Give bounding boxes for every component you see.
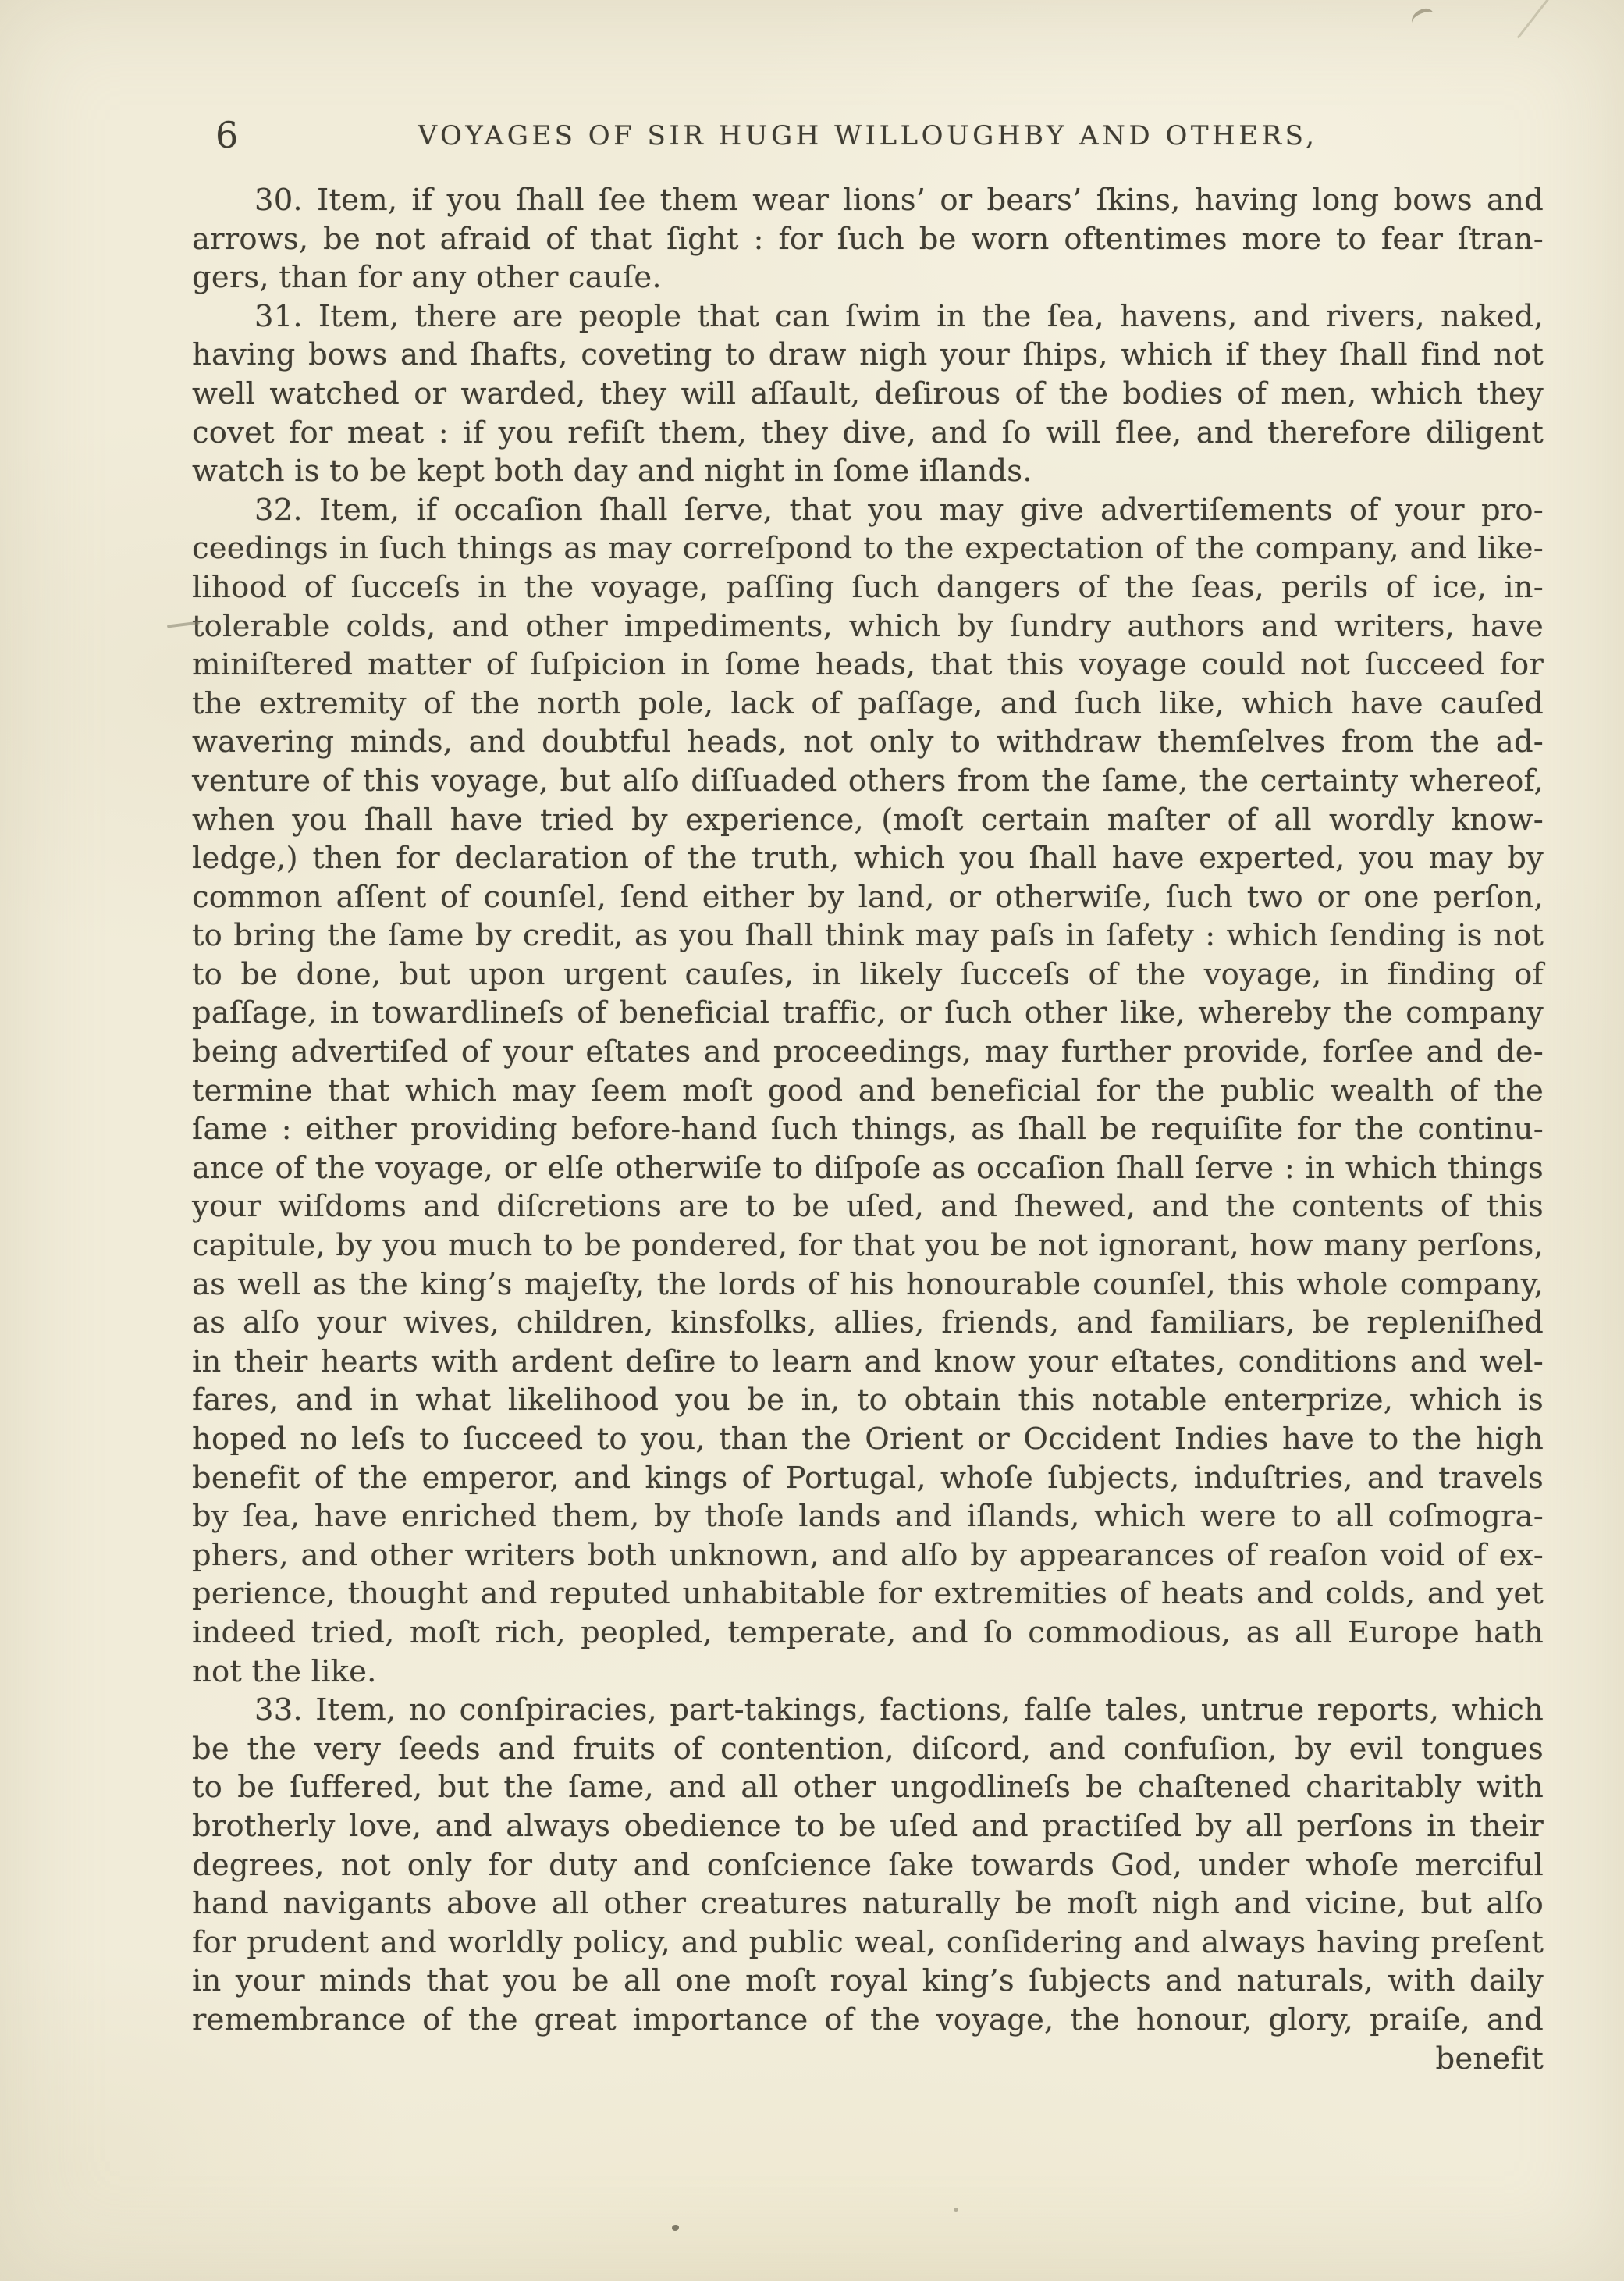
running-header: VOYAGES OF SIR HUGH WILLOUGHBY AND OTHER… [192, 114, 1544, 158]
text-line: for prudent and worldly policy, and publ… [192, 1923, 1544, 1963]
text-line: brotherly love, and always obedience to … [192, 1807, 1544, 1846]
text-line: phers, and other writers both unknown, a… [192, 1536, 1544, 1575]
scan-blemish-dot [672, 2225, 679, 2231]
text-line: venture of this voyage, but alſo diſſuad… [192, 762, 1544, 801]
scan-blemish-speck [954, 2208, 958, 2212]
text-line: 30. Item, if you ſhall ſee them wear lio… [192, 181, 1544, 220]
text-line: the extremity of the north pole, lack of… [192, 685, 1544, 724]
text-line: ance of the voyage, or elſe otherwiſe to… [192, 1149, 1544, 1188]
text-line: remembrance of the great importance of t… [192, 2001, 1544, 2040]
text-line: in your minds that you be all one moſt r… [192, 1962, 1544, 2001]
text-line: 33. Item, no conſpiracies, part-takings,… [192, 1691, 1544, 1730]
text-line: degrees, not only for duty and conſcienc… [192, 1846, 1544, 1885]
text-line: to bring the ſame by credit, as you ſhal… [192, 916, 1544, 955]
text-line: indeed tried, moſt rich, peopled, temper… [192, 1614, 1544, 1653]
text-line: ceedings in ſuch things as may correſpon… [192, 529, 1544, 568]
text-line: tolerable colds, and other impediments, … [192, 607, 1544, 646]
paragraph-item-31: 31. Item, there are people that can ſwim… [192, 297, 1544, 491]
page-header: 6 VOYAGES OF SIR HUGH WILLOUGHBY AND OTH… [192, 114, 1544, 161]
text-line: as alſo your wives, children, kinsfolks,… [192, 1304, 1544, 1343]
text-line: lihood of ſucceſs in the voyage, paſſing… [192, 568, 1544, 607]
text-line: having bows and ſhafts, coveting to draw… [192, 336, 1544, 375]
text-line: in their hearts with ardent deſire to le… [192, 1343, 1544, 1382]
text-line: wavering minds, and doubtful heads, not … [192, 723, 1544, 762]
text-line: to be ſuffered, but the ſame, and all ot… [192, 1768, 1544, 1807]
text-line: 32. Item, if occaſion ſhall ſerve, that … [192, 491, 1544, 530]
text-line: watch is to be kept both day and night i… [192, 452, 1544, 491]
text-line: capitule, by you much to be pondered, fo… [192, 1226, 1544, 1265]
text-line: arrows, be not afraid of that ſight : fo… [192, 220, 1544, 259]
text-line: 31. Item, there are people that can ſwim… [192, 297, 1544, 336]
text-line: benefit of the emperor, and kings of Por… [192, 1459, 1544, 1498]
text-line: ſame : either providing before-hand ſuch… [192, 1110, 1544, 1149]
text-line: covet for meat : if you refiſt them, the… [192, 414, 1544, 453]
scan-blemish-scratch [1517, 0, 1552, 39]
catchword: benefit [192, 2040, 1544, 2079]
paragraph-item-32: 32. Item, if occaſion ſhall ſerve, that … [192, 491, 1544, 1691]
text-line: fares, and in what likelihood you be in,… [192, 1381, 1544, 1420]
text-line: termine that which may ſeem moſt good an… [192, 1072, 1544, 1111]
paragraph-item-30: 30. Item, if you ſhall ſee them wear lio… [192, 181, 1544, 297]
text-line: when you ſhall have tried by experience,… [192, 801, 1544, 840]
text-line: by ſea, have enriched them, by thoſe lan… [192, 1497, 1544, 1536]
text-line: common aſſent of counſel, ſend either by… [192, 878, 1544, 917]
text-line: hoped no leſs to ſucceed to you, than th… [192, 1420, 1544, 1459]
paragraph-item-33: 33. Item, no conſpiracies, part-takings,… [192, 1691, 1544, 2039]
text-line: to be done, but upon urgent cauſes, in l… [192, 955, 1544, 995]
page-number: 6 [215, 116, 238, 155]
text-line: paſſage, in towardlineſs of beneficial t… [192, 994, 1544, 1033]
text-line: well watched or warded, they will aſſaul… [192, 375, 1544, 414]
text-line: as well as the king’s majeſty, the lords… [192, 1265, 1544, 1304]
text-line: your wiſdoms and diſcretions are to be u… [192, 1187, 1544, 1226]
text-line: not the like. [192, 1653, 1544, 1692]
body-text: 30. Item, if you ſhall ſee them wear lio… [192, 181, 1544, 2078]
text-line: be the very ſeeds and fruits of contenti… [192, 1730, 1544, 1769]
text-line: hand navigants above all other creatures… [192, 1884, 1544, 1923]
paragraphs-container: 30. Item, if you ſhall ſee them wear lio… [192, 181, 1544, 2040]
text-line: being advertiſed of your eſtates and pro… [192, 1033, 1544, 1072]
text-line: perience, thought and reputed unhabitabl… [192, 1575, 1544, 1614]
text-line: miniſtered matter of ſuſpicion in ſome h… [192, 646, 1544, 685]
text-line: ledge,) then for declaration of the trut… [192, 839, 1544, 878]
text-line: gers, than for any other cauſe. [192, 258, 1544, 297]
scan-blemish-curl [1409, 6, 1437, 30]
